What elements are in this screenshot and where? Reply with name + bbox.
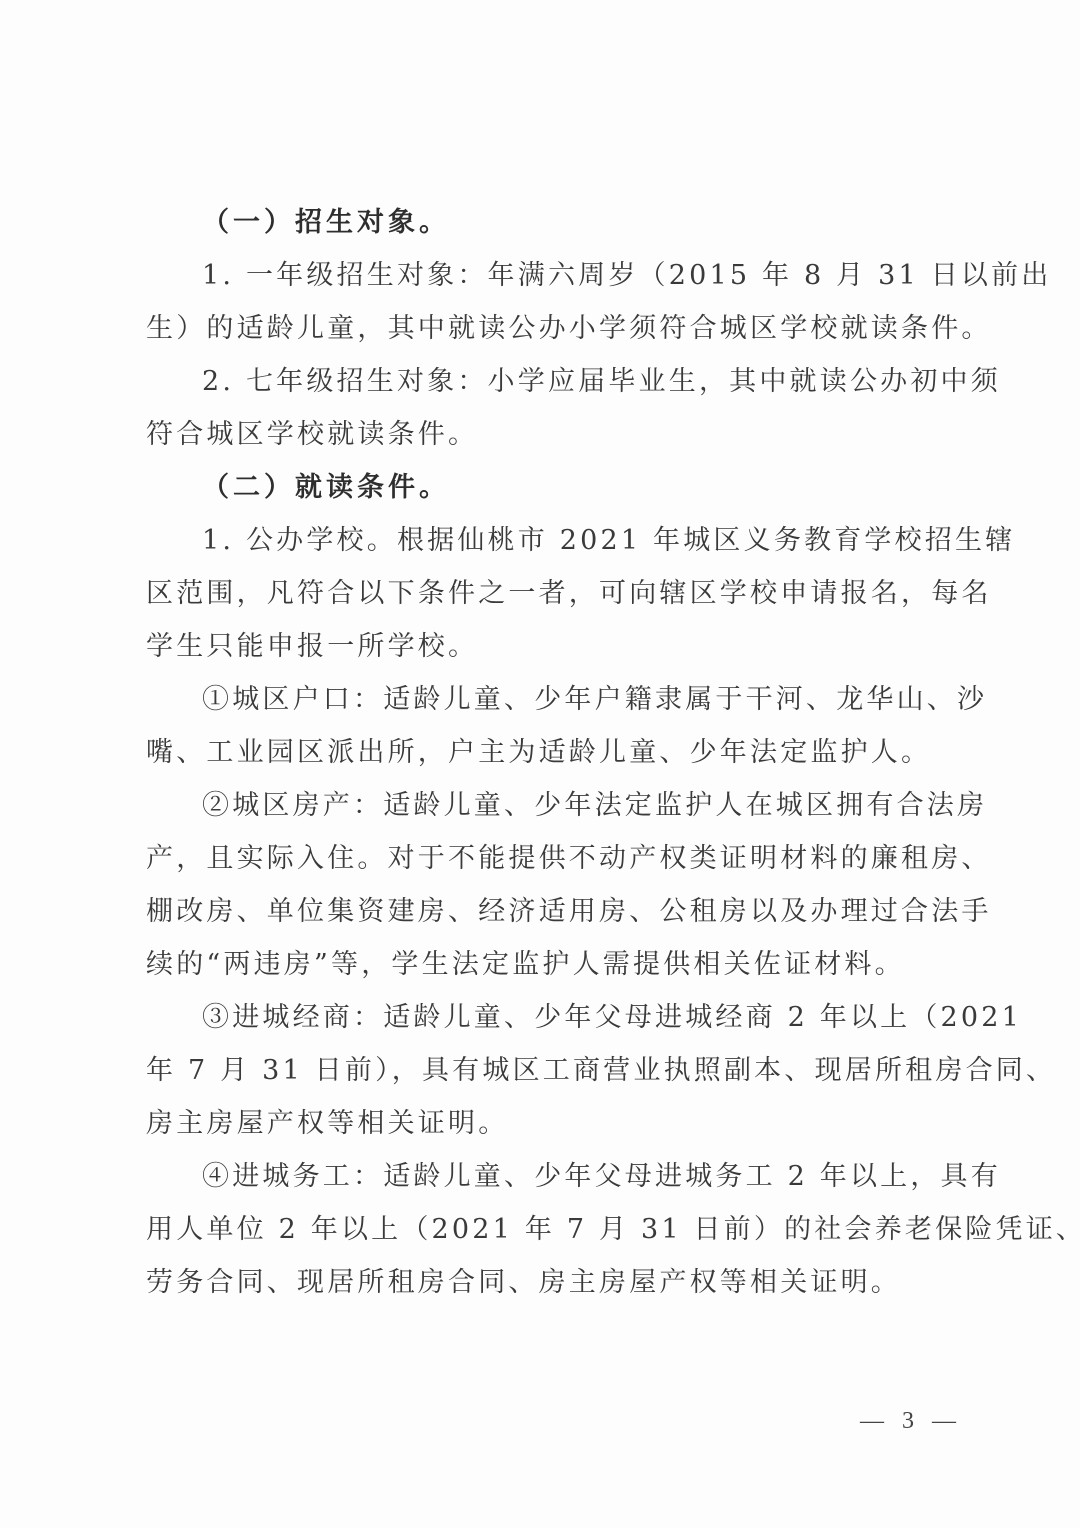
paragraph-seventh-grade-targets: 2. 七年级招生对象：小学应届毕业生，其中就读公办初中须 符合城区学校就读条件。 xyxy=(146,355,946,461)
paragraph-urban-property: ②城区房产：适龄儿童、少年法定监护人在城区拥有合法房 产，且实际入住。对于不能提… xyxy=(146,779,946,991)
text-line: 房主房屋产权等相关证明。 xyxy=(146,1097,946,1150)
text-line: ④进城务工：适龄儿童、少年父母进城务工 2 年以上，具有 xyxy=(146,1150,946,1203)
text-line: 2. 七年级招生对象：小学应届毕业生，其中就读公办初中须 xyxy=(146,355,946,408)
text-line: 续的“两违房”等，学生法定监护人需提供相关佐证材料。 xyxy=(146,938,946,991)
paragraph-business-in-city: ③进城经商：适龄儿童、少年父母进城经商 2 年以上（2021 年 7 月 31 … xyxy=(146,991,946,1150)
page-number: — 3 — xyxy=(860,1408,962,1435)
text-line: ③进城经商：适龄儿童、少年父母进城经商 2 年以上（2021 xyxy=(146,991,946,1044)
text-line: 棚改房、单位集资建房、经济适用房、公租房以及办理过合法手 xyxy=(146,885,946,938)
paragraph-urban-hukou: ①城区户口：适龄儿童、少年户籍隶属于干河、龙华山、沙 嘴、工业园区派出所，户主为… xyxy=(146,673,946,779)
text-line: 生）的适龄儿童，其中就读公办小学须符合城区学校就读条件。 xyxy=(146,302,946,355)
text-line: 1. 公办学校。根据仙桃市 2021 年城区义务教育学校招生辖 xyxy=(146,514,946,567)
text-line: 嘴、工业园区派出所，户主为适龄儿童、少年法定监护人。 xyxy=(146,726,946,779)
text-line: 年 7 月 31 日前），具有城区工商营业执照副本、现居所租房合同、 xyxy=(146,1044,946,1097)
text-line: ①城区户口：适龄儿童、少年户籍隶属于干河、龙华山、沙 xyxy=(146,673,946,726)
paragraph-first-grade-targets: 1. 一年级招生对象：年满六周岁（2015 年 8 月 31 日以前出 生）的适… xyxy=(146,249,946,355)
text-line: 劳务合同、现居所租房合同、房主房屋产权等相关证明。 xyxy=(146,1256,946,1309)
text-line: 符合城区学校就读条件。 xyxy=(146,408,946,461)
text-line: 学生只能申报一所学校。 xyxy=(146,620,946,673)
section-heading-enrollment-conditions: （二）就读条件。 xyxy=(146,461,946,514)
paragraph-work-in-city: ④进城务工：适龄儿童、少年父母进城务工 2 年以上，具有 用人单位 2 年以上（… xyxy=(146,1150,946,1309)
text-line: 用人单位 2 年以上（2021 年 7 月 31 日前）的社会养老保险凭证、 xyxy=(146,1203,946,1256)
document-body: （一）招生对象。 1. 一年级招生对象：年满六周岁（2015 年 8 月 31 … xyxy=(146,196,946,1309)
text-line: ②城区房产：适龄儿童、少年法定监护人在城区拥有合法房 xyxy=(146,779,946,832)
text-line: 区范围，凡符合以下条件之一者，可向辖区学校申请报名，每名 xyxy=(146,567,946,620)
document-page: （一）招生对象。 1. 一年级招生对象：年满六周岁（2015 年 8 月 31 … xyxy=(0,0,1080,1528)
text-line: 产，且实际入住。对于不能提供不动产权类证明材料的廉租房、 xyxy=(146,832,946,885)
section-heading-enrollment-targets: （一）招生对象。 xyxy=(146,196,946,249)
paragraph-public-schools: 1. 公办学校。根据仙桃市 2021 年城区义务教育学校招生辖 区范围，凡符合以… xyxy=(146,514,946,673)
text-line: 1. 一年级招生对象：年满六周岁（2015 年 8 月 31 日以前出 xyxy=(146,249,946,302)
